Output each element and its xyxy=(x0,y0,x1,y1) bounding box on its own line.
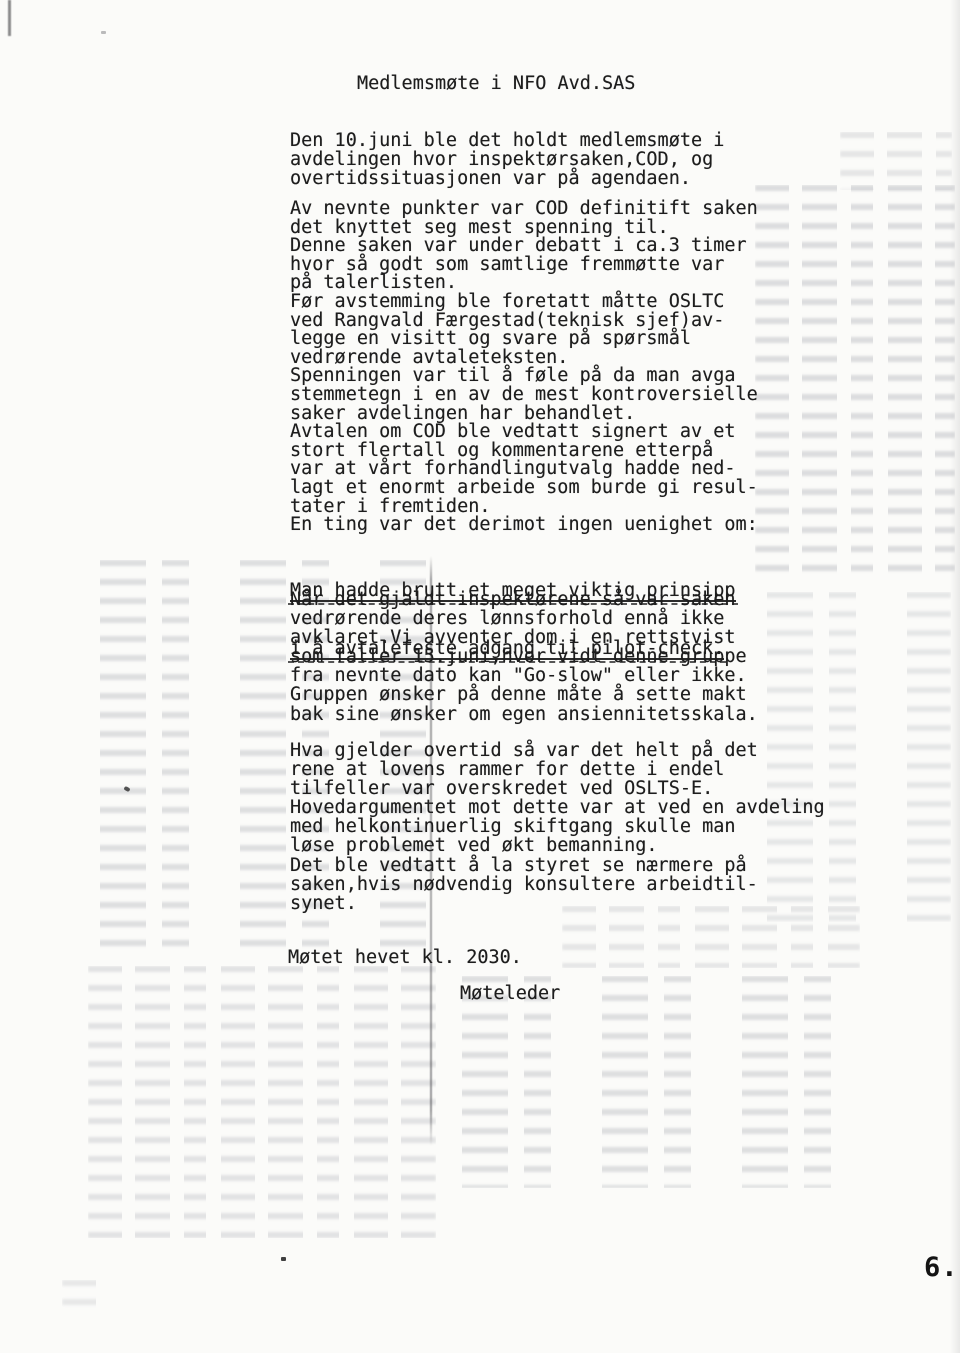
text-line: tilfeller var overskredet ved OSLTS-E. xyxy=(290,779,825,798)
bleedthrough-texture xyxy=(88,966,436,1238)
text-line: med helkontinuerlig skiftgang skulle man xyxy=(290,817,825,836)
text-line: Hovedargumentet mot dette var at ved en … xyxy=(290,798,825,817)
text-line: En ting var det derimot ingen uenighet o… xyxy=(290,516,758,535)
text-line: fra nevnte dato kan "Go-slow" eller ikke… xyxy=(290,666,758,685)
text-line: saken,hvis nødvendig konsultere arbeidti… xyxy=(290,875,825,894)
text-line: bak sine ønsker om egen ansiennitetsskal… xyxy=(290,705,758,724)
text-line: Gruppen ønsker på denne måte å sette mak… xyxy=(290,685,758,704)
text-line: løse problemet ved økt bemanning. xyxy=(290,836,825,855)
text-line: overtidssituasjonen var på agendaen. xyxy=(290,169,724,188)
text-line: stemmetegn i en av de mest kontroversiel… xyxy=(290,386,758,405)
paragraph-inspectors: Når det gjaldt inspektørene så var saken… xyxy=(290,590,758,724)
scanned-document-page: Medlemsmøte i NFO Avd.SAS Den 10.juni bl… xyxy=(0,0,960,1353)
signature-role-label: Møteleder xyxy=(460,984,560,1003)
bleedthrough-texture xyxy=(62,1280,102,1308)
text-line: rene at lovens rammer for dette i endel xyxy=(290,760,825,779)
stray-pen-mark xyxy=(123,786,130,792)
page-number: 6. xyxy=(924,1252,959,1283)
document-title: Medlemsmøte i NFO Avd.SAS xyxy=(357,74,635,93)
scan-edge-mark xyxy=(8,0,11,36)
paragraph-overtime: Hva gjelder overtid så var det helt på d… xyxy=(290,741,825,913)
text-line: Når det gjaldt inspektørene så var saken xyxy=(290,590,758,609)
text-line: Avtalen om COD ble vedtatt signert av et xyxy=(290,423,758,442)
paragraph-cod-debate: Av nevnte punkter var COD definitift sak… xyxy=(290,200,758,535)
text-line: synet. xyxy=(290,894,825,913)
text-line: vedrørende deres lønnsforhold ennå ikke xyxy=(290,609,758,628)
text-line: avdelingen hvor inspektørsaken,COD, og xyxy=(290,150,724,169)
bleedthrough-texture xyxy=(450,976,870,1188)
text-line: avklaret.Vi avventer dom i en rettstvist xyxy=(290,628,758,647)
meeting-adjourned-line: Møtet hevet kl. 2030. xyxy=(288,948,522,967)
text-line: Den 10.juni ble det holdt medlemsmøte i xyxy=(290,131,724,150)
bleedthrough-texture xyxy=(840,132,952,190)
bleedthrough-texture xyxy=(562,906,860,968)
ink-speck xyxy=(101,31,106,34)
bleedthrough-texture xyxy=(755,185,955,580)
text-line: Hva gjelder overtid så var det helt på d… xyxy=(290,741,825,760)
text-line: som faller 15.juni,hvor vidt denne grupp… xyxy=(290,647,758,666)
ink-speck xyxy=(281,1257,286,1261)
text-line: lagt et enormt arbeide som burde gi resu… xyxy=(290,479,758,498)
text-line: Av nevnte punkter var COD definitift sak… xyxy=(290,200,758,219)
paragraph-intro: Den 10.juni ble det holdt medlemsmøte ia… xyxy=(290,131,724,188)
text-line: Denne saken var under debatt i ca.3 time… xyxy=(290,237,758,256)
text-line: Det ble vedtatt å la styret se nærmere p… xyxy=(290,856,825,875)
text-line: legge en visitt og svare på spørsmål xyxy=(290,330,758,349)
text-line: Før avstemming ble foretatt måtte OSLTC xyxy=(290,293,758,312)
